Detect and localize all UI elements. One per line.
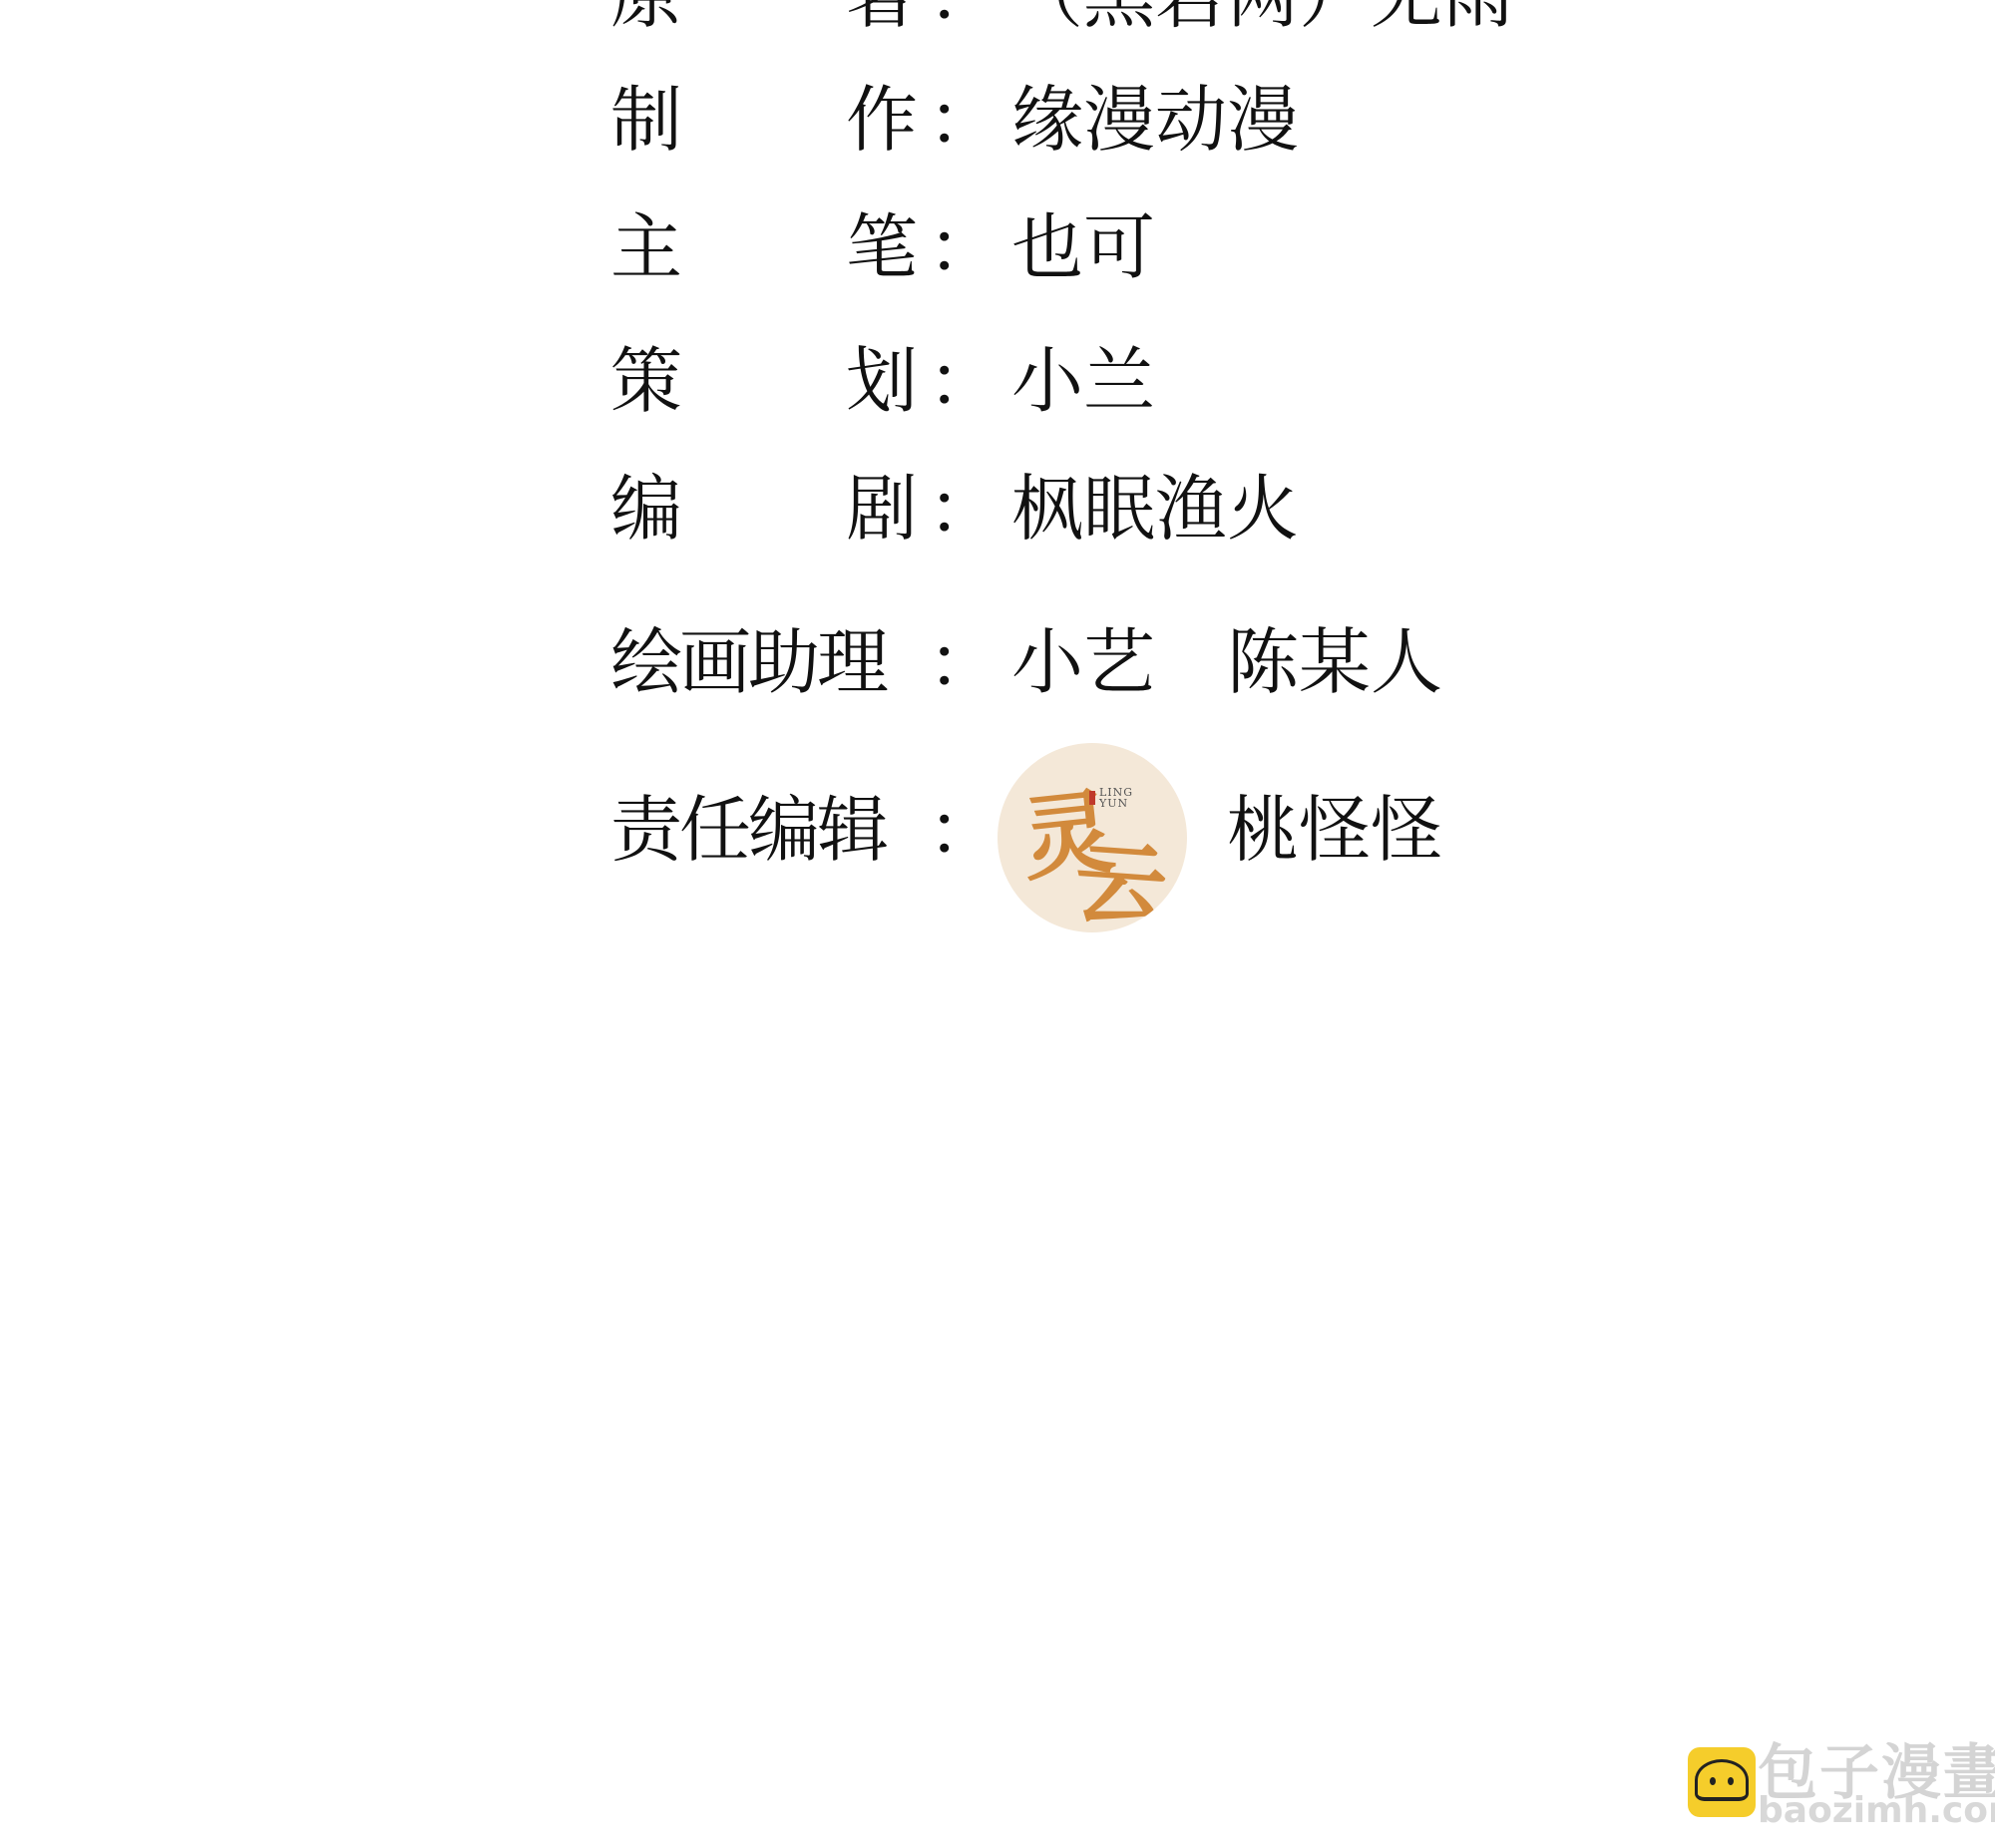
credit-label: 主 bbox=[610, 207, 682, 287]
lingyun-logo: 灵 云 LINGYUN bbox=[997, 743, 1187, 932]
colon: ： bbox=[928, 469, 999, 549]
credit-value: 小兰 bbox=[1011, 341, 1155, 421]
credit-label: 划 bbox=[846, 341, 918, 421]
credit-label: 编 bbox=[610, 469, 682, 549]
colon: ： bbox=[928, 790, 999, 870]
colon: ： bbox=[928, 207, 999, 287]
credit-value: 小艺 bbox=[1011, 622, 1155, 702]
credit-label: 责任编辑 bbox=[610, 790, 886, 870]
credit-value: （黑岩网）无雨 bbox=[1011, 0, 1514, 36]
bun-icon bbox=[1688, 1747, 1756, 1817]
credit-value: 缘漫动漫 bbox=[1011, 80, 1299, 160]
colon: ： bbox=[928, 341, 999, 421]
credit-value: 桃怪怪 bbox=[1227, 790, 1442, 870]
credit-label: 剧 bbox=[846, 469, 918, 549]
colon: ： bbox=[928, 0, 999, 36]
watermark-url: baozimh.com bbox=[1758, 1793, 1995, 1829]
logo-en-text: LINGYUN bbox=[1099, 787, 1133, 809]
credit-label: 制 bbox=[610, 80, 682, 160]
colon: ： bbox=[928, 622, 999, 702]
credit-value: 也可 bbox=[1011, 207, 1155, 287]
credit-label: 策 bbox=[610, 341, 682, 421]
credit-label: 绘画助理 bbox=[610, 622, 886, 702]
credit-label: 笔 bbox=[846, 207, 918, 287]
seal-icon bbox=[1089, 791, 1095, 805]
credit-label: 作 bbox=[846, 80, 918, 160]
logo-char: 云 bbox=[1071, 810, 1172, 932]
credit-value: 枫眠渔火 bbox=[1011, 469, 1299, 549]
credit-value-secondary: 陈某人 bbox=[1227, 622, 1442, 702]
credit-label: 原 bbox=[610, 0, 682, 36]
credit-label: 著 bbox=[846, 0, 918, 36]
colon: ： bbox=[928, 80, 999, 160]
